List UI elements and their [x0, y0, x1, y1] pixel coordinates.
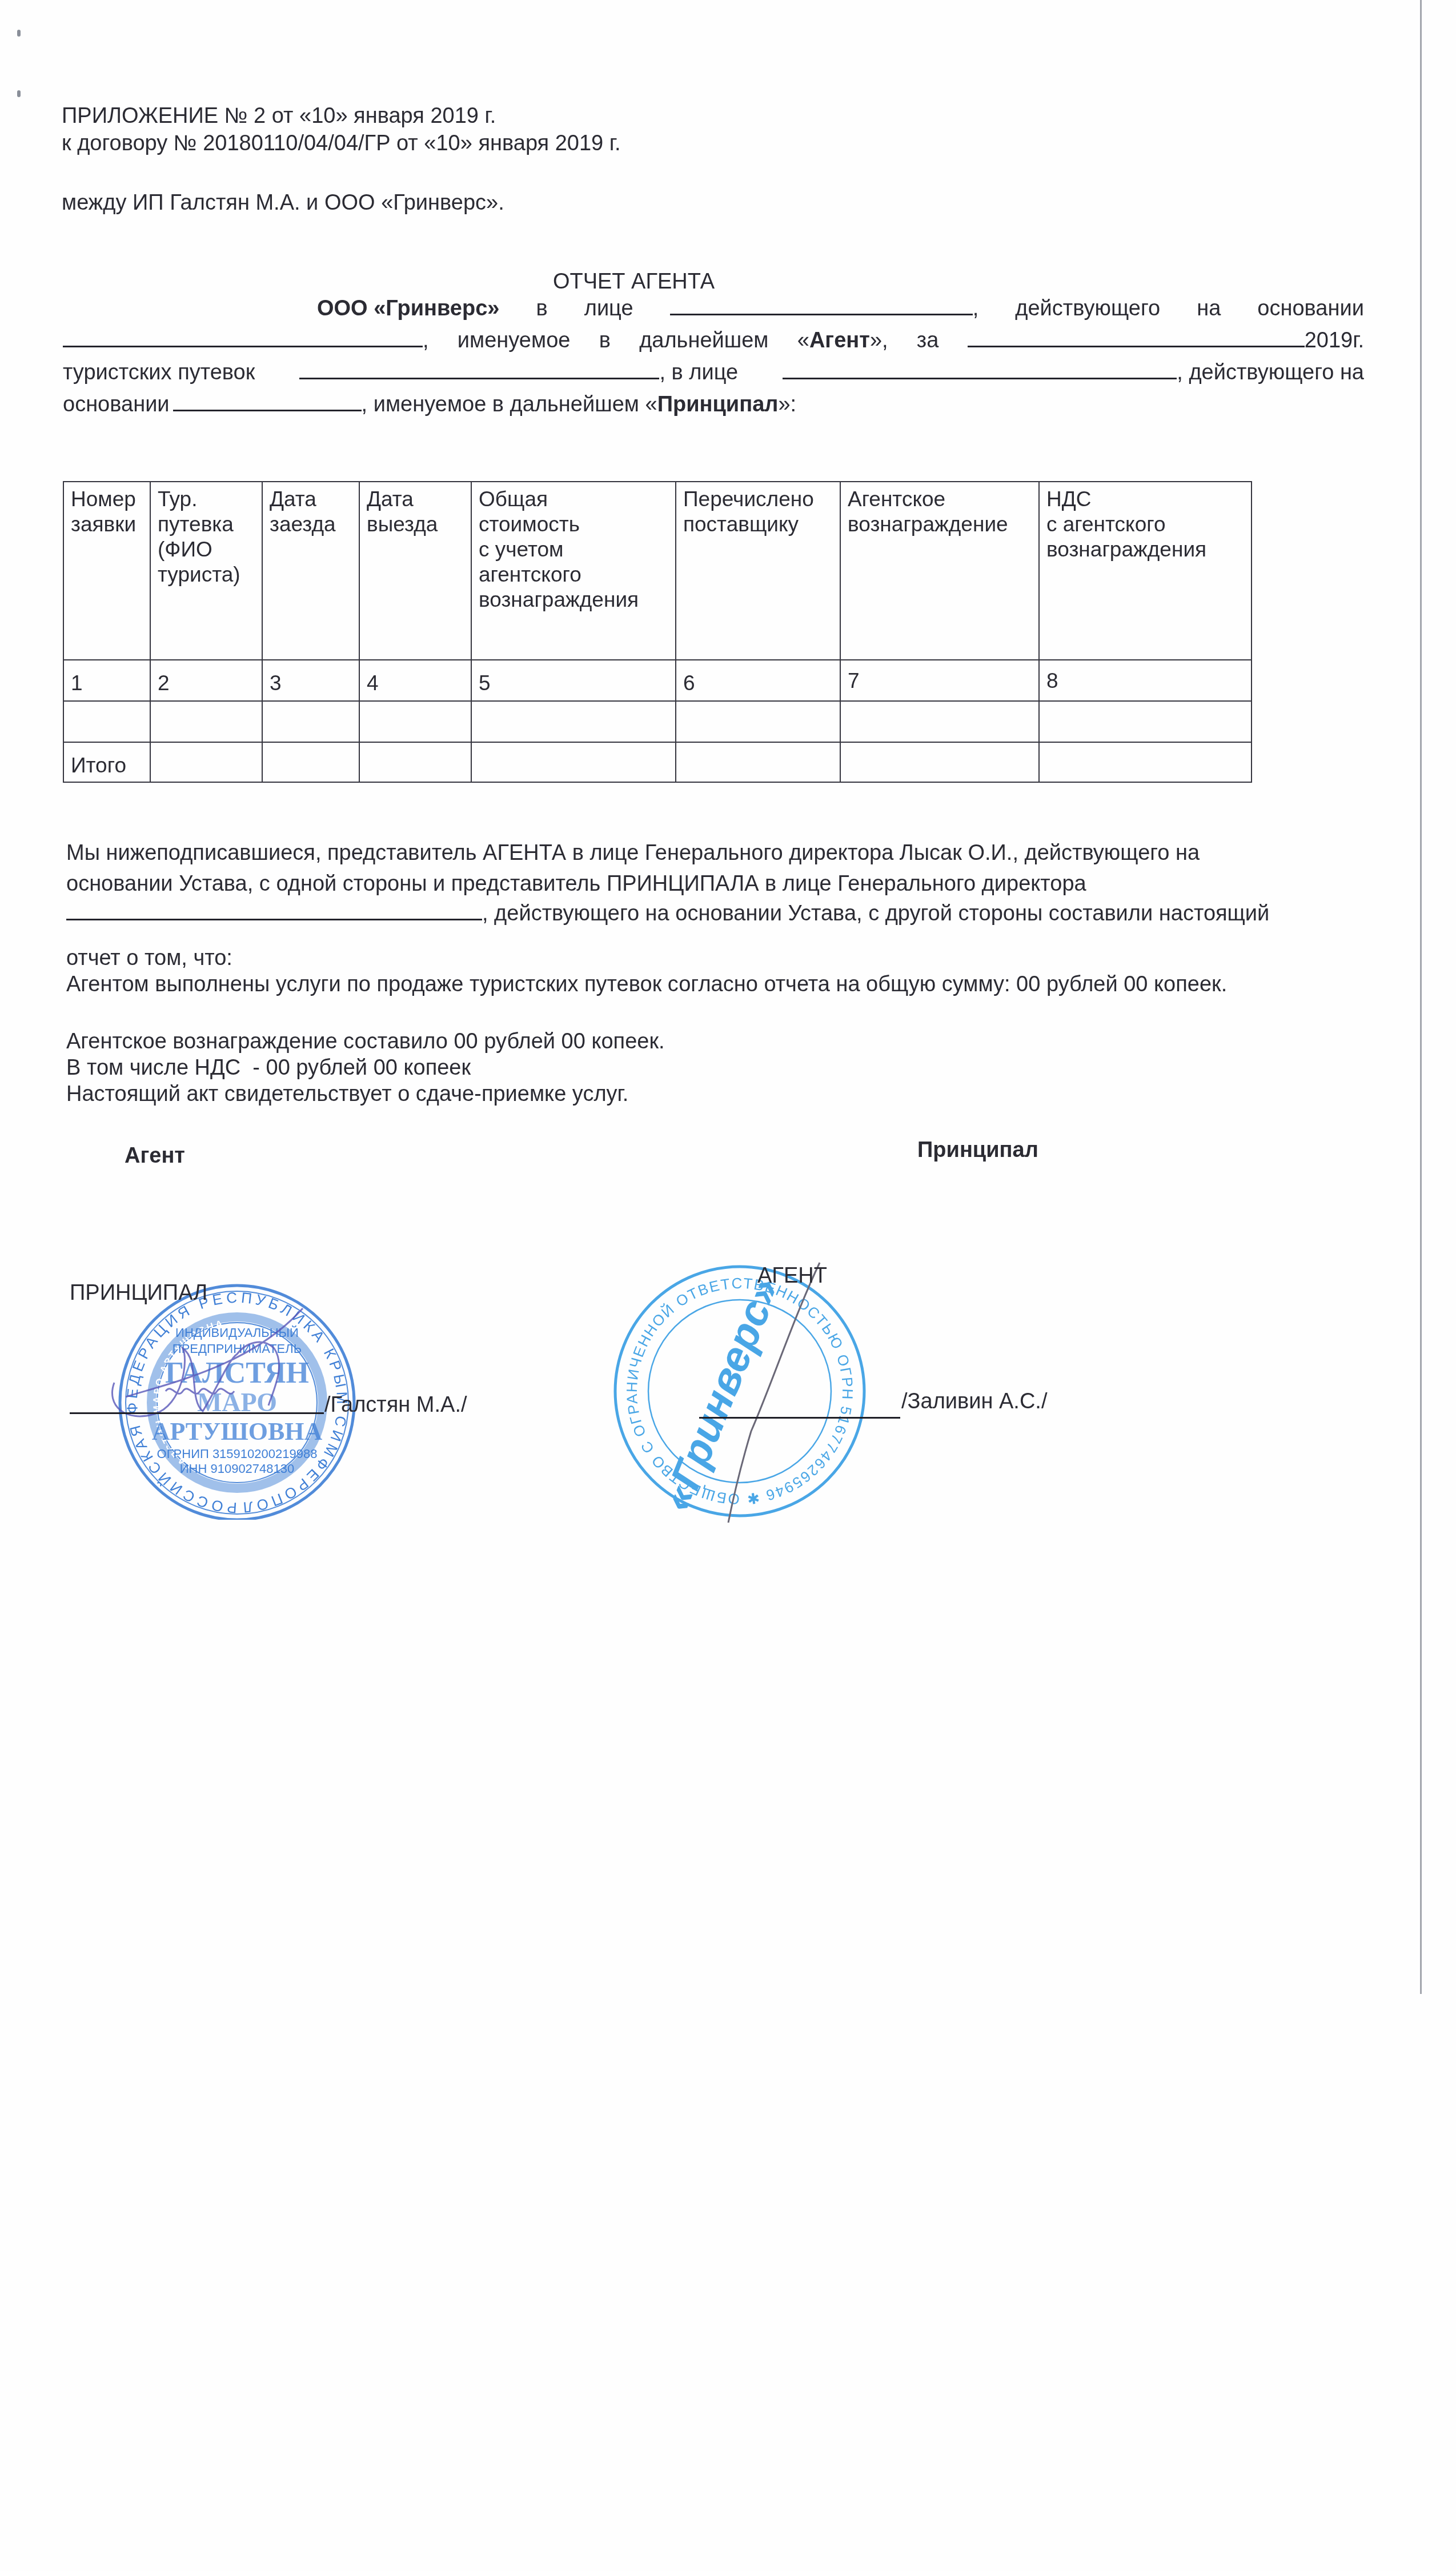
- agent-company: ООО «Гринверс»: [317, 293, 499, 325]
- table-cell[interactable]: [1039, 701, 1252, 742]
- header-cell-voucher: Тур.путевка(ФИОтуриста): [150, 482, 262, 660]
- principal-basis-blank[interactable]: , именуемое в дальнейшем: [170, 389, 645, 421]
- table-cell[interactable]: [840, 742, 1039, 782]
- quote: »:: [778, 393, 796, 417]
- intro-word: за: [917, 325, 939, 357]
- body-line: Агентское вознаграждение составило 00 ру…: [66, 1028, 665, 1055]
- header-cell-paid-to-supplier: Перечисленопоставщику: [676, 482, 840, 660]
- quote: »,: [870, 329, 888, 353]
- period-blank[interactable]: 2019г.: [968, 325, 1364, 357]
- total-label: Итого: [63, 742, 150, 782]
- header-cell-arrival-date: Датазаезда: [262, 482, 359, 660]
- appendix-line: ПРИЛОЖЕНИЕ № 2 от «10» января 2019 г.: [62, 103, 496, 129]
- body-line: основании Устава, с одной стороны и пред…: [66, 871, 1086, 897]
- intro-word: в: [599, 325, 611, 357]
- column-number: 8: [1039, 660, 1252, 701]
- table-cell[interactable]: [150, 701, 262, 742]
- principal-signature-line[interactable]: [70, 1412, 324, 1414]
- principal-signatory-name: /Галстян М.А./: [324, 1392, 467, 1418]
- svg-text:ОГРНИП 315910200219988: ОГРНИП 315910200219988: [157, 1447, 318, 1461]
- agent-basis-blank[interactable]: ,: [63, 325, 429, 357]
- contract-line: к договору № 20180110/04/04/ГР от «10» я…: [62, 130, 621, 157]
- table-cell[interactable]: [676, 701, 840, 742]
- principal-name-blank[interactable]: , в лице: [299, 357, 738, 389]
- body-line: В том числе НДС - 00 рублей 00 копеек: [66, 1055, 471, 1081]
- agent-term: «Агент»,: [797, 325, 888, 357]
- agent-term-label: Агент: [809, 329, 870, 353]
- agent-representative-blank[interactable]: ,: [670, 293, 979, 325]
- table-cell[interactable]: [1039, 742, 1252, 782]
- principal-director-blank[interactable]: [66, 902, 482, 920]
- principal-role-label: ПРИНЦИПАЛ: [70, 1280, 207, 1306]
- parties-line: между ИП Галстян М.А. и ООО «Гринверс».: [62, 190, 504, 216]
- intro-comma: ,: [423, 329, 429, 353]
- principal-heading: Принципал: [917, 1137, 1038, 1163]
- document-title: ОТЧЕТ АГЕНТА: [0, 269, 1456, 295]
- intro-word: действующего: [1015, 293, 1160, 325]
- table-cell[interactable]: [471, 701, 676, 742]
- svg-text:ИНДИВИДУАЛЬНЫЙ: ИНДИВИДУАЛЬНЫЙ: [175, 1325, 299, 1340]
- header-cell-vat: НДСс агентскоговознаграждения: [1039, 482, 1252, 660]
- table-cell[interactable]: [262, 701, 359, 742]
- intro-word: на: [1197, 293, 1221, 325]
- intro-row-3: туристских путевок , в лице , действующе…: [63, 357, 1364, 389]
- intro-row-1: ООО «Гринверс» в лице , действующего на …: [63, 293, 1364, 325]
- column-number: 4: [359, 660, 471, 701]
- scan-speck: [17, 30, 21, 37]
- agent-heading: Агент: [125, 1143, 185, 1169]
- intro-comma: ,: [973, 297, 979, 321]
- body-line: отчет о том, что:: [66, 945, 232, 971]
- page-edge-rule: [1420, 0, 1422, 1994]
- header-cell-departure-date: Датавыезда: [359, 482, 471, 660]
- body-line: Мы нижеподписавшиеся, представитель АГЕН…: [66, 840, 1200, 866]
- intro-row-4: основании , именуемое в дальнейшем «Прин…: [63, 389, 1364, 421]
- body-line: Настоящий акт свидетельствует о сдаче-пр…: [66, 1081, 628, 1107]
- header-cell-agent-fee: Агентскоевознаграждение: [840, 482, 1039, 660]
- intro-word: именуемое: [458, 325, 571, 357]
- table-cell[interactable]: [150, 742, 262, 782]
- intro-word: дальнейшем: [639, 325, 768, 357]
- agent-report-table: Номерзаявки Тур.путевка(ФИОтуриста) Дата…: [63, 481, 1252, 783]
- principal-term: «Принципал»:: [645, 389, 797, 421]
- column-number: 2: [150, 660, 262, 701]
- header-cell-total-cost: Общаястоимостьс учетомагентскоговознагра…: [471, 482, 676, 660]
- intro-paragraph: ООО «Гринверс» в лице , действующего на …: [63, 293, 1364, 421]
- body-line: , действующего на основании Устава, с др…: [66, 900, 1269, 927]
- column-number: 7: [840, 660, 1039, 701]
- table-cell[interactable]: [471, 742, 676, 782]
- agent-stamp: ОБЩЕСТВО С ОГРАНИЧЕННОЙ ОТВЕТСТВЕННОСТЬЮ…: [605, 1254, 874, 1528]
- quote: «: [797, 329, 809, 353]
- table-total-row: Итого: [63, 742, 1252, 782]
- intro-word: основании: [1257, 293, 1364, 325]
- table-number-row: 1 2 3 4 5 6 7 8: [63, 660, 1252, 701]
- intro-word: , действующего на: [1177, 361, 1364, 385]
- agent-role-label: АГЕНТ: [757, 1263, 827, 1289]
- intro-word: , именуемое в дальнейшем: [362, 393, 645, 417]
- table-cell[interactable]: [262, 742, 359, 782]
- table-cell[interactable]: [359, 701, 471, 742]
- intro-word: , в лице: [659, 361, 738, 385]
- intro-word: в: [536, 293, 548, 325]
- table-cell[interactable]: [359, 742, 471, 782]
- principal-term-label: Принципал: [657, 393, 779, 417]
- principal-representative-blank[interactable]: , действующего на: [783, 357, 1364, 389]
- agent-signatory-name: /Заливин А.С./: [901, 1388, 1047, 1415]
- svg-text:ИНН 910902748130: ИНН 910902748130: [180, 1461, 295, 1476]
- column-number: 3: [262, 660, 359, 701]
- column-number: 5: [471, 660, 676, 701]
- table-row: [63, 701, 1252, 742]
- svg-text:ГАЛСТЯН: ГАЛСТЯН: [165, 1357, 309, 1389]
- body-line-text: , действующего на основании Устава, с др…: [482, 902, 1269, 926]
- body-line: Агентом выполнены услуги по продаже тури…: [66, 971, 1227, 998]
- scan-speck: [17, 90, 21, 97]
- header-cell-request-number: Номерзаявки: [63, 482, 150, 660]
- table-header-row: Номерзаявки Тур.путевка(ФИОтуриста) Дата…: [63, 482, 1252, 660]
- table-cell[interactable]: [676, 742, 840, 782]
- intro-word: туристских путевок: [63, 357, 255, 389]
- year-label: 2019г.: [1305, 329, 1364, 353]
- agent-signature-line[interactable]: [699, 1417, 900, 1419]
- intro-row-2: , именуемое в дальнейшем «Агент», за 201…: [63, 325, 1364, 357]
- column-number: 6: [676, 660, 840, 701]
- table-cell[interactable]: [63, 701, 150, 742]
- intro-word: лице: [584, 293, 633, 325]
- table-cell[interactable]: [840, 701, 1039, 742]
- svg-text:АРТУШОВНА: АРТУШОВНА: [152, 1417, 323, 1445]
- column-number: 1: [63, 660, 150, 701]
- quote: «: [645, 393, 657, 417]
- intro-word: основании: [63, 389, 170, 421]
